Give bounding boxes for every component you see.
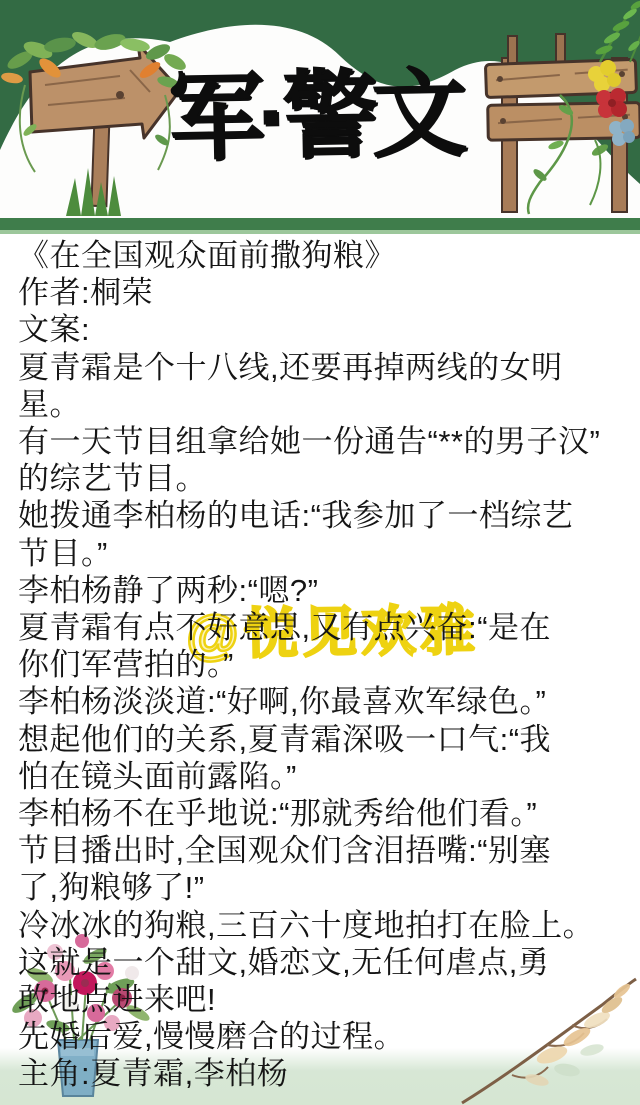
novel-recommendation-card: 军·警文: [0, 0, 640, 1105]
page-title: 军·警文: [167, 65, 529, 167]
divider-band: [0, 218, 640, 230]
divider-band-light: [0, 230, 640, 234]
story-text: 《在全国观众面前撒狗粮》 作者:桐荣 文案: 夏青霜是个十八线,还要再掉两线的女…: [18, 237, 632, 1093]
fence-stub: [508, 36, 517, 64]
nail: [116, 91, 124, 99]
header-banner: 军·警文: [0, 0, 640, 234]
red-flower: [596, 88, 627, 118]
fence-stub: [556, 34, 565, 62]
